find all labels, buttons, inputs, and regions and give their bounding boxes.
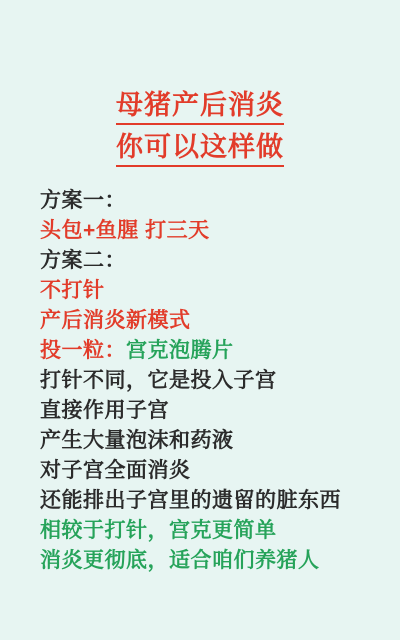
poster-title: 母猪产后消炎 你可以这样做 xyxy=(0,0,400,167)
text-segment: 还能排出子宫里的遗留的脏东西 xyxy=(40,489,341,512)
text-line: 产生大量泡沫和药液 xyxy=(40,426,400,456)
text-segment: 对子宫全面消炎 xyxy=(40,459,191,482)
text-segment: 消炎更彻底，适合咱们养猪人 xyxy=(40,549,320,572)
text-line: 直接作用子宫 xyxy=(40,396,400,426)
text-line: 不打针 xyxy=(40,276,400,306)
text-line: 产后消炎新模式 xyxy=(40,306,400,336)
title-line-1-text: 母猪产后消炎 xyxy=(116,90,284,125)
text-segment: 打针不同，它是投入子宫 xyxy=(40,369,277,392)
poster: 母猪产后消炎 你可以这样做 方案一：头包+鱼腥 打三天方案二：不打针产后消炎新模… xyxy=(0,0,400,640)
text-line: 对子宫全面消炎 xyxy=(40,456,400,486)
text-segment: 方案一： xyxy=(40,189,126,212)
text-segment: 直接作用子宫 xyxy=(40,399,169,422)
text-line: 方案二： xyxy=(40,246,400,276)
text-line: 打针不同，它是投入子宫 xyxy=(40,366,400,396)
body-lines: 方案一：头包+鱼腥 打三天方案二：不打针产后消炎新模式投一粒：宫克泡腾片打针不同… xyxy=(40,186,400,576)
text-line: 消炎更彻底，适合咱们养猪人 xyxy=(40,546,400,576)
text-segment: 相较于打针，宫克更简单 xyxy=(40,519,277,542)
text-line: 方案一： xyxy=(40,186,400,216)
text-segment: 头包+鱼腥 打三天 xyxy=(40,219,210,242)
text-line: 还能排出子宫里的遗留的脏东西 xyxy=(40,486,400,516)
text-segment: 投一粒： xyxy=(40,339,126,362)
text-line: 相较于打针，宫克更简单 xyxy=(40,516,400,546)
text-segment: 方案二： xyxy=(40,249,126,272)
title-line-2-text: 你可以这样做 xyxy=(116,132,284,167)
text-segment: 宫克泡腾片 xyxy=(126,339,234,362)
text-line: 头包+鱼腥 打三天 xyxy=(40,216,400,246)
text-segment: 产生大量泡沫和药液 xyxy=(40,429,234,452)
text-segment: 不打针 xyxy=(40,279,105,302)
text-line: 投一粒：宫克泡腾片 xyxy=(40,336,400,366)
text-segment: 产后消炎新模式 xyxy=(40,309,191,332)
title-line-2: 你可以这样做 xyxy=(0,132,400,167)
title-line-1: 母猪产后消炎 xyxy=(0,90,400,125)
